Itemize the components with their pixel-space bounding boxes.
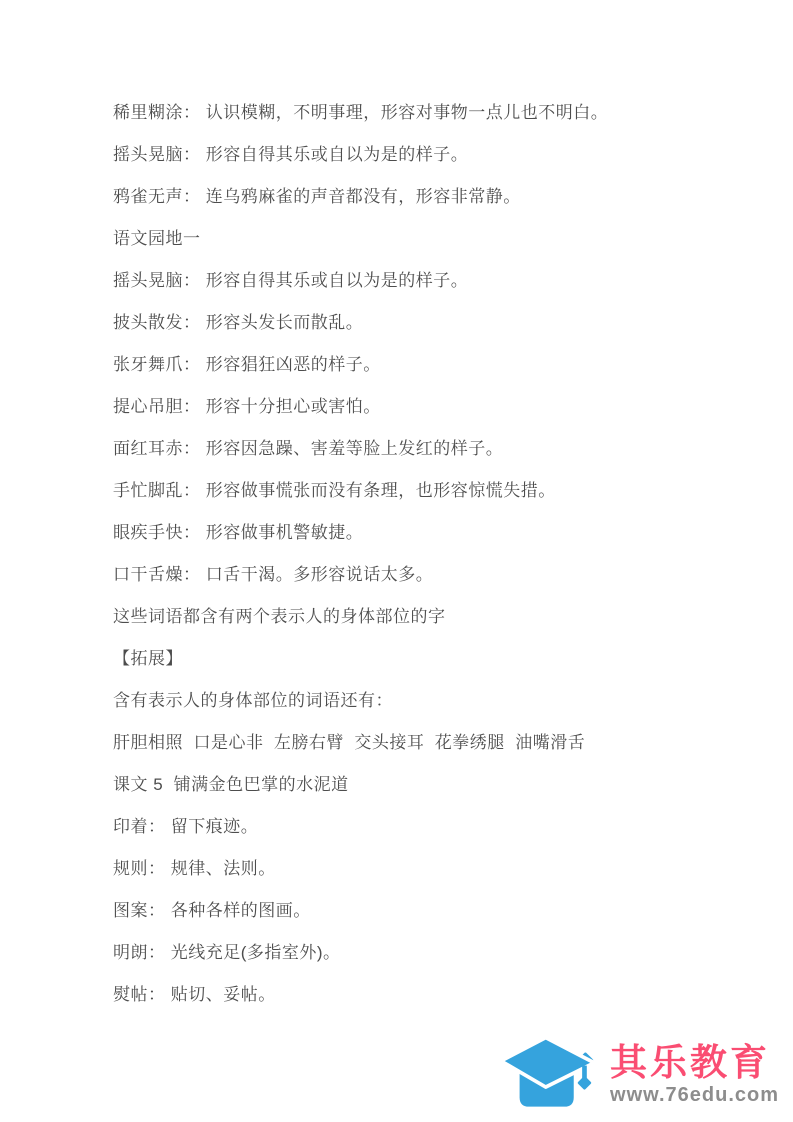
doc-line: 口干舌燥： 口舌干渴。多形容说话太多。 [113,563,703,587]
doc-line: 这些词语都含有两个表示人的身体部位的字 [113,605,703,629]
website-url: www.76edu.com [610,1084,779,1106]
doc-section-title: 语文园地一 [113,227,703,251]
doc-line: 提心吊胆： 形容十分担心或害怕。 [113,395,703,419]
document-body: 稀里糊涂： 认识模糊，不明事理，形容对事物一点儿也不明白。 摇头晃脑： 形容自得… [113,101,703,1025]
brand-name: 其乐教育 [610,1042,770,1084]
site-logo: 其乐教育 www.76edu.com [476,1032,779,1116]
doc-line: 含有表示人的身体部位的词语还有： [113,689,703,713]
doc-line: 鸦雀无声： 连乌鸦麻雀的声音都没有，形容非常静。 [113,185,703,209]
document-page: 稀里糊涂： 认识模糊，不明事理，形容对事物一点儿也不明白。 摇头晃脑： 形容自得… [0,0,793,1122]
doc-line: 明朗： 光线充足(多指室外)。 [113,941,703,965]
logo-text-block: 其乐教育 www.76edu.com [610,1042,779,1106]
doc-section-title: 课文 5 铺满金色巴掌的水泥道 [113,773,703,797]
doc-line: 熨帖： 贴切、妥帖。 [113,983,703,1007]
graduation-cap-icon [476,1032,608,1116]
doc-line: 印着： 留下痕迹。 [113,815,703,839]
doc-idiom-list: 肝胆相照 口是心非 左膀右臂 交头接耳 花拳绣腿 油嘴滑舌 [113,731,703,755]
doc-line: 规则： 规律、法则。 [113,857,703,881]
doc-line: 张牙舞爪： 形容猖狂凶恶的样子。 [113,353,703,377]
doc-line: 摇头晃脑： 形容自得其乐或自以为是的样子。 [113,269,703,293]
doc-line: 眼疾手快： 形容做事机警敏捷。 [113,521,703,545]
doc-line: 图案： 各种各样的图画。 [113,899,703,923]
doc-line: 披头散发： 形容头发长而散乱。 [113,311,703,335]
doc-heading-expansion: 【拓展】 [113,647,703,671]
doc-line: 稀里糊涂： 认识模糊，不明事理，形容对事物一点儿也不明白。 [113,101,703,125]
doc-line: 手忙脚乱： 形容做事慌张而没有条理，也形容惊慌失措。 [113,479,703,503]
doc-line: 摇头晃脑： 形容自得其乐或自以为是的样子。 [113,143,703,167]
doc-line: 面红耳赤： 形容因急躁、害羞等脸上发红的样子。 [113,437,703,461]
